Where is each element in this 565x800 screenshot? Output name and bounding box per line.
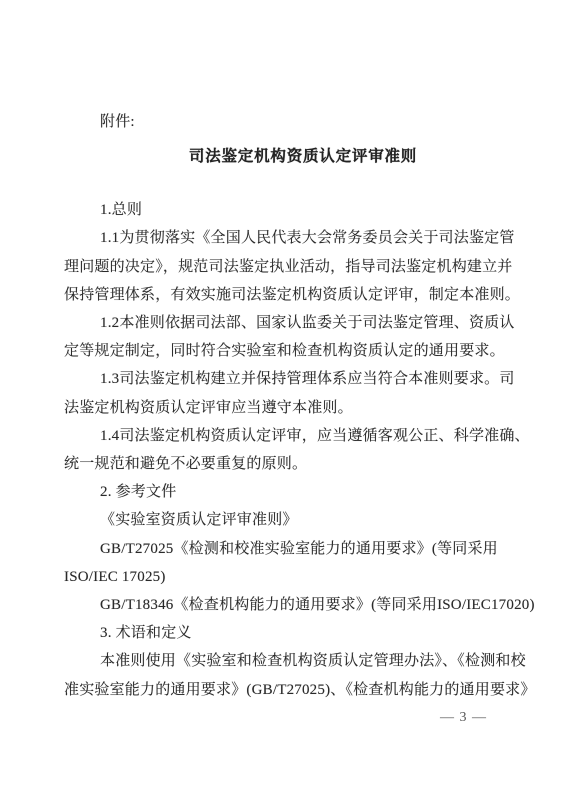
body-line: 准实验室能力的通用要求》(GB/T27025)、《检查机构能力的通用要求》 bbox=[64, 676, 516, 704]
body-line: GB/T27025《检测和校准实验室能力的通用要求》(等同采用 bbox=[64, 535, 516, 563]
body-line: 《实验室资质认定评审准则》 bbox=[64, 506, 516, 534]
body-line: 本准则使用《实验室和检查机构资质认定管理办法》、《检测和校 bbox=[64, 647, 516, 675]
body-line: 理问题的决定》，规范司法鉴定执业活动，指导司法鉴定机构建立并 bbox=[64, 253, 516, 281]
body-line: 1.2本准则依据司法部、国家认监委关于司法鉴定管理、资质认 bbox=[64, 309, 516, 337]
document-body: 1.总则 1.1为贯彻落实《全国人民代表大会常务委员会关于司法鉴定管 理问题的决… bbox=[64, 196, 516, 704]
body-line: 1.3司法鉴定机构建立并保持管理体系应当符合本准则要求。司 bbox=[64, 365, 516, 393]
body-line: 定等规定制定，同时符合实验室和检查机构资质认定的通用要求。 bbox=[64, 337, 516, 365]
document-title: 司法鉴定机构资质认定评审准则 bbox=[64, 142, 516, 172]
body-line: 1.总则 bbox=[64, 196, 516, 224]
body-line: GB/T18346《检查机构能力的通用要求》(等同采用ISO/IEC17020) bbox=[64, 591, 516, 619]
document-content: 附件: 司法鉴定机构资质认定评审准则 1.总则 1.1为贯彻落实《全国人民代表大… bbox=[64, 108, 516, 704]
body-line: 1.1为贯彻落实《全国人民代表大会常务委员会关于司法鉴定管 bbox=[64, 224, 516, 252]
body-line: 法鉴定机构资质认定评审应当遵守本准则。 bbox=[64, 394, 516, 422]
body-line: 统一规范和避免不必要重复的原则。 bbox=[64, 450, 516, 478]
page-number: — 3 — bbox=[440, 710, 487, 726]
document-page: 附件: 司法鉴定机构资质认定评审准则 1.总则 1.1为贯彻落实《全国人民代表大… bbox=[0, 0, 565, 800]
attachment-label: 附件: bbox=[64, 108, 516, 136]
body-line: ISO/IEC 17025) bbox=[64, 563, 516, 591]
body-line: 保持管理体系，有效实施司法鉴定机构资质认定评审，制定本准则。 bbox=[64, 281, 516, 309]
body-line: 1.4司法鉴定机构资质认定评审，应当遵循客观公正、科学准确、 bbox=[64, 422, 516, 450]
body-line: 3. 术语和定义 bbox=[64, 619, 516, 647]
body-line: 2. 参考文件 bbox=[64, 478, 516, 506]
